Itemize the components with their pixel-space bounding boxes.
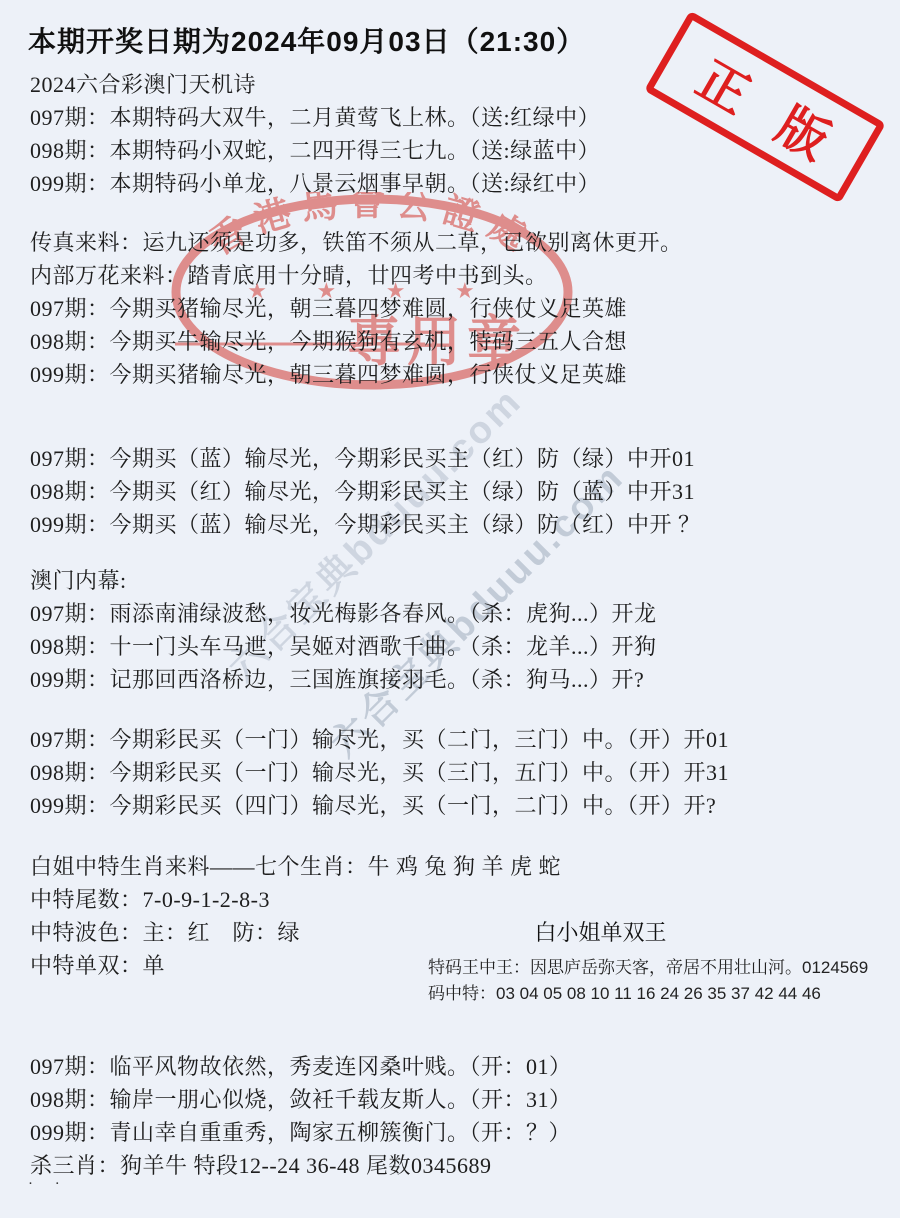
tip-line: 中特尾数：7-0-9-1-2-8-3 [30, 883, 561, 916]
tip-line: 098期：输岸一朋心似烧，敛衽千载友斯人。（开：31） [30, 1083, 572, 1116]
tip-line: 099期：记那回西洛桥边，三国旌旗接羽毛。（杀：狗马...）开? [30, 663, 657, 696]
tip-line: 098期：十一门头车马迣，吴姬对酒歌千曲。（杀：龙羊...）开狗 [30, 630, 657, 663]
section-baixiaojie: 白小姐单双王 特码王中王：因思庐岳弥天客，帝居不用壮山河。0124569 码中特… [428, 916, 878, 1007]
genuine-stamp: 正 版 [644, 11, 886, 204]
tip-line: 097期：今期买（蓝）输尽光，今期彩民买主（红）防（绿）中开01 [30, 442, 701, 475]
genuine-stamp-label: 正 版 [673, 33, 856, 180]
section-color-tips: 097期：今期买（蓝）输尽光，今期彩民买主（红）防（绿）中开01 098期：今期… [30, 442, 701, 541]
tip-line: 传真来料：运九还须是功多，铁笛不须从二草，已欲别离休更开。 [30, 226, 683, 259]
page-title: 本期开奖日期为2024年09月03日（21:30） [28, 20, 585, 60]
section-bottom: 097期：临平风物故依然，秀麦连冈桑叶贱。（开：01） 098期：输岸一朋心似烧… [30, 1050, 572, 1182]
tip-line: 097期：本期特码大双牛，二月黄莺飞上林。（送:红绿中） [30, 101, 600, 134]
tip-line: 099期：今期买猪输尽光，朝三暮四梦难圆，行侠仗义足英雄 [30, 358, 683, 391]
tip-line: 098期：今期彩民买（一门）输尽光，买（三门，五门）中。（开）开31 [30, 756, 729, 789]
footer-dots: · · [28, 1176, 69, 1193]
tip-line: 099期：青山幸自重重秀，陶家五柳簇衡门。（开：？） [30, 1116, 572, 1149]
tip-line: 098期：今期买（红）输尽光，今期彩民买主（绿）防（蓝）中开31 [30, 475, 701, 508]
tip-line: 码中特：03 04 05 08 10 11 16 24 26 35 37 42 … [428, 981, 878, 1007]
tip-line: 内部万花来料：踏青底用十分晴，廿四考中书到头。 [30, 259, 683, 292]
section-neimu: 澳门内幕: 097期：雨添南浦绿波愁，妆光梅影各春风。（杀：虎狗...）开龙 0… [30, 564, 657, 696]
section-tianjishi: 2024六合彩澳门天机诗 097期：本期特码大双牛，二月黄莺飞上林。（送:红绿中… [30, 68, 600, 200]
section-heading: 澳门内幕: [30, 564, 657, 597]
tip-line: 099期：本期特码小单龙，八景云烟事早朝。（送:绿红中） [30, 167, 600, 200]
tip-line: 097期：雨添南浦绿波愁，妆光梅影各春风。（杀：虎狗...）开龙 [30, 597, 657, 630]
tip-line: 097期：今期买猪输尽光，朝三暮四梦难圆，行侠仗义足英雄 [30, 292, 683, 325]
baixiaojie-title: 白小姐单双王 [428, 916, 773, 947]
tip-line: 特码王中王：因思庐岳弥天客，帝居不用壮山河。0124569 [428, 955, 878, 981]
tip-line: 097期：今期彩民买（一门）输尽光，买（二门，三门）中。（开）开01 [30, 723, 729, 756]
tip-line: 098期：本期特码小双蛇，二四开得三七九。（送:绿蓝中） [30, 134, 600, 167]
page: 本期开奖日期为2024年09月03日（21:30） 香港馬會公證處 ★ ★ ★ … [0, 0, 900, 1218]
tip-line: 杀三肖：狗羊牛 特段12--24 36-48 尾数0345689 [30, 1149, 572, 1182]
tip-line: 白姐中特生肖来料——七个生肖：牛 鸡 兔 狗 羊 虎 蛇 [30, 850, 561, 883]
section-heading: 2024六合彩澳门天机诗 [30, 68, 600, 101]
tip-line: 097期：临平风物故依然，秀麦连冈桑叶贱。（开：01） [30, 1050, 572, 1083]
tip-line: 098期：今期买牛输尽光，今期猴狗有玄机，特码三五人合想 [30, 325, 683, 358]
tip-line: 099期：今期买（蓝）输尽光，今期彩民买主（绿）防（红）中开 ？ [30, 508, 701, 541]
tip-line: 099期：今期彩民买（四门）输尽光，买（一门，二门）中。（开）开? [30, 789, 729, 822]
section-lailiao: 传真来料：运九还须是功多，铁笛不须从二草，已欲别离休更开。 内部万花来料：踏青底… [30, 226, 683, 391]
section-men: 097期：今期彩民买（一门）输尽光，买（二门，三门）中。（开）开01 098期：… [30, 723, 729, 822]
